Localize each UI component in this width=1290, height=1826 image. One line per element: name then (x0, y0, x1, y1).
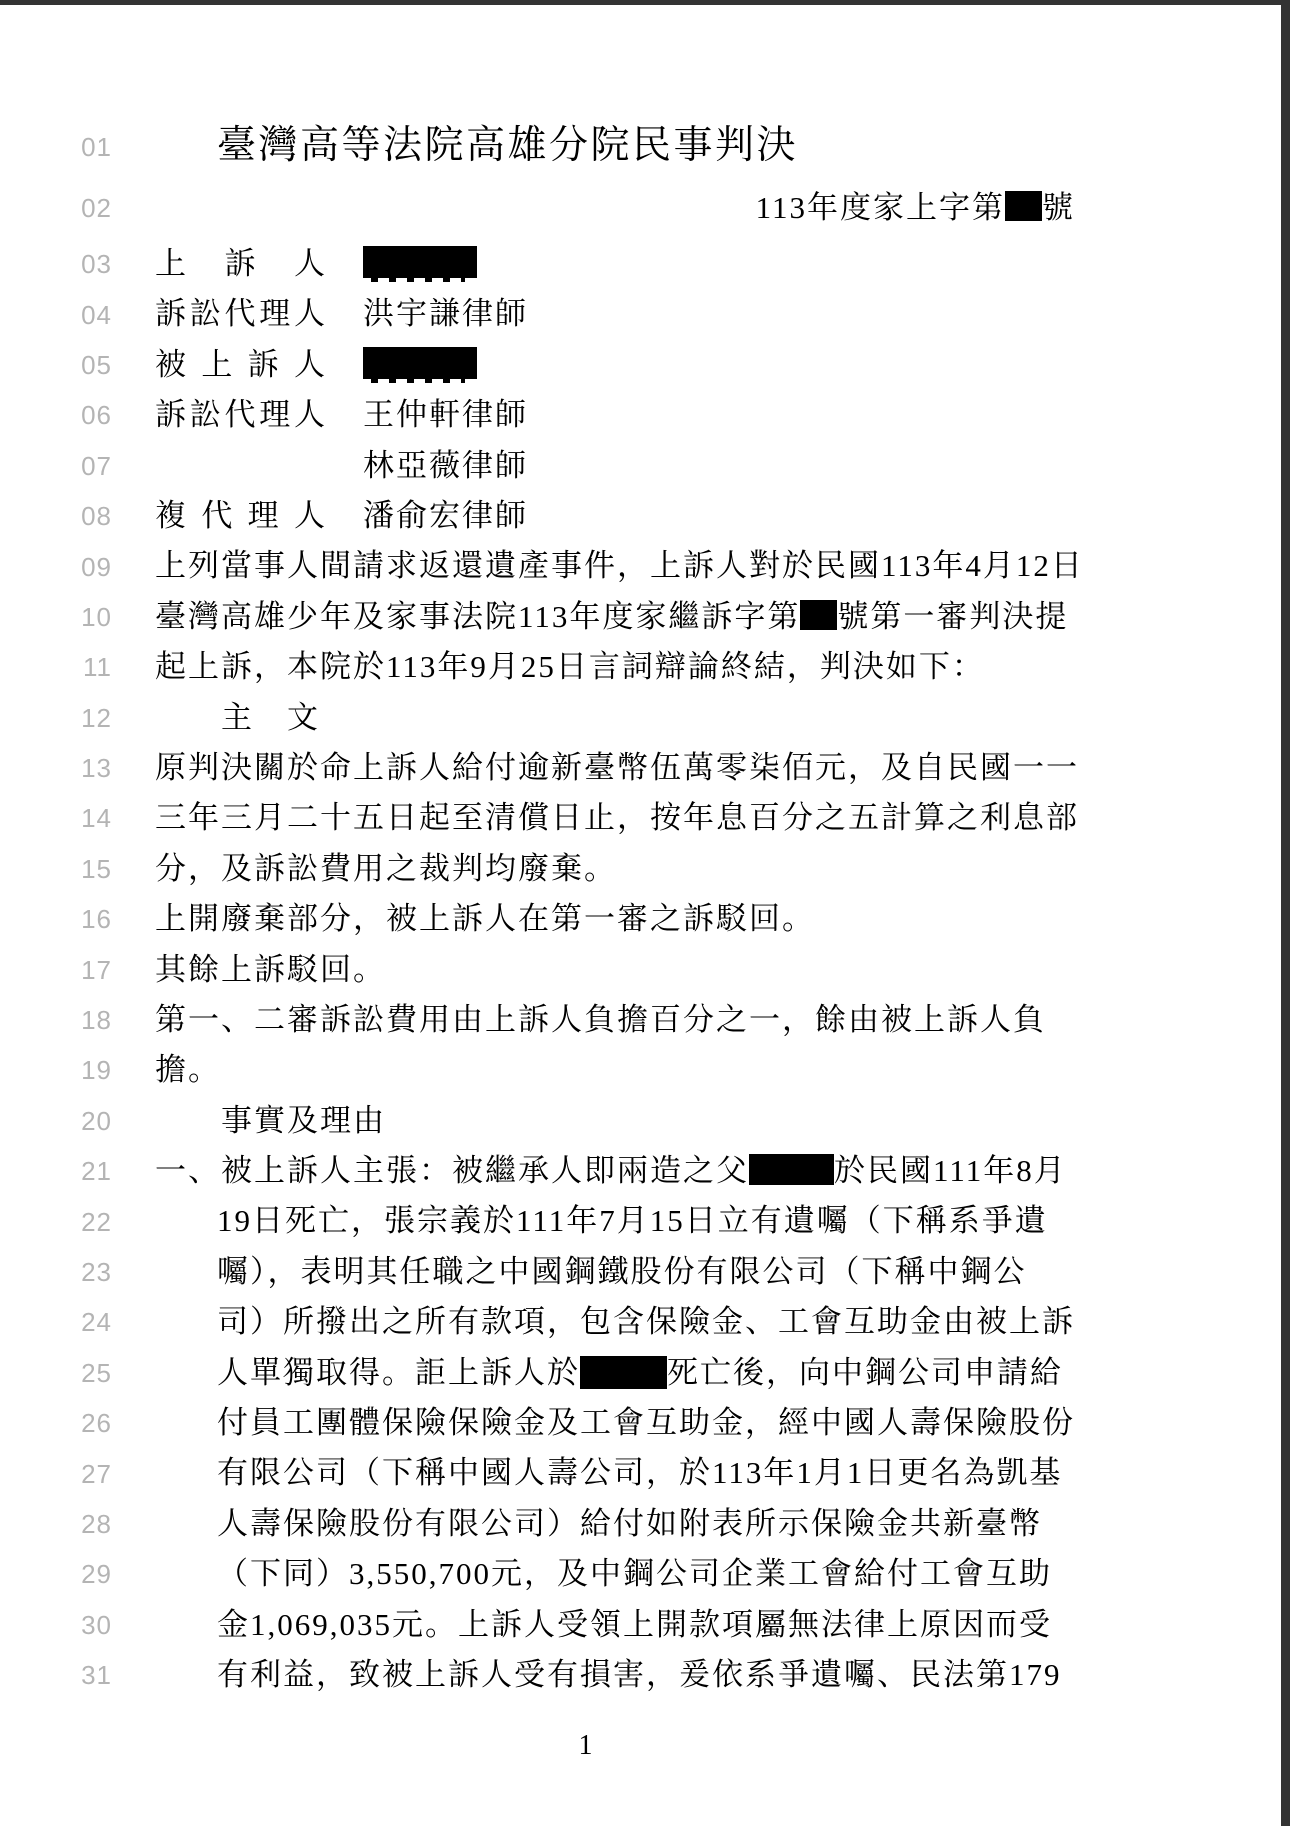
line-text: 囑），表明其任職之中國鋼鐵股份有限公司（下稱中鋼公 (155, 1252, 1137, 1292)
judgment-body: 01 臺灣高等法院高雄分院民事判決 02 113年度家上字第號 03 上訴人 0… (0, 0, 1290, 1700)
doc-line-26: 26 付員工團體保險保險金及工會互助金，經中國人壽保險股份 (0, 1398, 1290, 1448)
line-number: 26 (70, 1410, 112, 1436)
judgment-document-page: 01 臺灣高等法院高雄分院民事判決 02 113年度家上字第號 03 上訴人 0… (0, 0, 1290, 1826)
line-number: 06 (70, 402, 112, 428)
party-label: 訴訟代理人 (155, 294, 327, 334)
doc-line-21: 21 一、被上訴人主張：被繼承人即兩造之父於民國111年8月 (0, 1146, 1290, 1196)
doc-line-03: 03 上訴人 (0, 239, 1290, 289)
redaction-box (749, 1154, 834, 1185)
line-number: 28 (70, 1511, 112, 1537)
party-value: 洪宇謙律師 (363, 296, 528, 331)
line-text: 第一、二審訴訟費用由上訴人負擔百分之一，餘由被上訴人負 (155, 1000, 1075, 1040)
doc-line-27: 27 有限公司（下稱中國人壽公司，於113年1月1日更名為凱基 (0, 1448, 1290, 1498)
line-text: 擔。 (155, 1050, 1075, 1090)
doc-line-01: 01 臺灣高等法院高雄分院民事判決 (0, 116, 1290, 177)
line-text: 19日死亡，張宗義於111年7月15日立有遺囑（下稱系爭遺 (155, 1201, 1137, 1241)
line-text: （下同）3,550,700元，及中鋼公司企業工會給付工會互助 (155, 1554, 1137, 1594)
doc-line-06: 06 訴訟代理人王仲軒律師 (0, 390, 1290, 440)
party-label: 訴訟代理人 (155, 395, 327, 435)
scan-edge-top (0, 0, 1290, 5)
line-number: 31 (70, 1662, 112, 1688)
redaction-box (800, 600, 837, 630)
doc-line-25: 25 人單獨取得。詎上訴人於死亡後，向中鋼公司申請給 (0, 1348, 1290, 1398)
line-number: 13 (70, 755, 112, 781)
line-number: 14 (70, 805, 112, 831)
doc-line-15: 15 分，及訴訟費用之裁判均廢棄。 (0, 844, 1290, 894)
doc-line-05: 05 被上訴人 (0, 340, 1290, 390)
party-attorney: 林亞薇律師 (155, 446, 1075, 486)
doc-line-19: 19 擔。 (0, 1045, 1290, 1095)
doc-line-23: 23 囑），表明其任職之中國鋼鐵股份有限公司（下稱中鋼公 (0, 1247, 1290, 1297)
line-text: 人單獨取得。詎上訴人於死亡後，向中鋼公司申請給 (155, 1353, 1137, 1393)
line-number: 27 (70, 1461, 112, 1487)
line-number: 24 (70, 1309, 112, 1335)
line-number: 10 (70, 604, 112, 630)
line-text: 一、被上訴人主張：被繼承人即兩造之父於民國111年8月 (155, 1151, 1075, 1191)
page-number: 1 (579, 1730, 594, 1761)
doc-line-28: 28 人壽保險股份有限公司）給付如附表所示保險金共新臺幣 (0, 1499, 1290, 1549)
line-text: 有限公司（下稱中國人壽公司，於113年1月1日更名為凱基 (155, 1453, 1137, 1493)
line-text: 人壽保險股份有限公司）給付如附表所示保險金共新臺幣 (155, 1504, 1137, 1544)
doc-line-04: 04 訴訟代理人洪宇謙律師 (0, 289, 1290, 339)
line-number: 03 (70, 251, 112, 277)
case-number-post: 號 (1042, 190, 1075, 225)
line-text: 金1,069,035元。上訴人受領上開款項屬無法律上原因而受 (155, 1605, 1137, 1645)
line-text: 其餘上訴駁回。 (155, 950, 1075, 990)
party-sub-attorney: 複代理人潘俞宏律師 (155, 496, 1075, 536)
redaction-box (363, 246, 477, 278)
party-value: 潘俞宏律師 (363, 498, 528, 533)
party-attorney: 訴訟代理人王仲軒律師 (155, 395, 1075, 435)
line-text: 付員工團體保險保險金及工會互助金，經中國人壽保險股份 (155, 1403, 1137, 1443)
line-number: 02 (70, 195, 112, 221)
redaction-box (1005, 191, 1042, 221)
party-label: 上訴人 (155, 244, 327, 284)
doc-line-30: 30 金1,069,035元。上訴人受領上開款項屬無法律上原因而受 (0, 1600, 1290, 1650)
line-text: 分，及訴訟費用之裁判均廢棄。 (155, 849, 1075, 889)
doc-line-29: 29 （下同）3,550,700元，及中鋼公司企業工會給付工會互助 (0, 1549, 1290, 1599)
doc-line-07: 07 林亞薇律師 (0, 441, 1290, 491)
line-number: 29 (70, 1561, 112, 1587)
line-text: 上列當事人間請求返還遺產事件，上訴人對於民國113年4月12日 (155, 546, 1075, 586)
line-number: 15 (70, 856, 112, 882)
line-number: 16 (70, 906, 112, 932)
doc-line-20: 20 事實及理由 (0, 1096, 1290, 1146)
case-number-pre: 113年度家上字第 (756, 190, 1005, 225)
party-label: 複代理人 (155, 496, 327, 536)
line-number: 25 (70, 1360, 112, 1386)
doc-line-13: 13 原判決關於命上訴人給付逾新臺幣伍萬零柒佰元，及自民國一一 (0, 743, 1290, 793)
line-text: 上開廢棄部分，被上訴人在第一審之訴駁回。 (155, 899, 1075, 939)
line-number: 20 (70, 1108, 112, 1134)
doc-line-31: 31 有利益，致被上訴人受有損害，爰依系爭遺囑、民法第179 (0, 1650, 1290, 1700)
line-number: 07 (70, 453, 112, 479)
line-number: 08 (70, 503, 112, 529)
doc-line-18: 18 第一、二審訴訟費用由上訴人負擔百分之一，餘由被上訴人負 (0, 995, 1290, 1045)
line-text: 三年三月二十五日起至清償日止，按年息百分之五計算之利息部 (155, 798, 1075, 838)
doc-line-02: 02 113年度家上字第號 (0, 177, 1290, 239)
page-footer: 1 (155, 1730, 1017, 1762)
section-heading-main-text: 主 文 (155, 698, 1141, 738)
doc-line-11: 11 起上訴，本院於113年9月25日言詞辯論終結，判決如下： (0, 642, 1290, 692)
doc-line-12: 12 主 文 (0, 693, 1290, 743)
line-number: 09 (70, 554, 112, 580)
line-number: 12 (70, 705, 112, 731)
line-number: 05 (70, 352, 112, 378)
line-number: 22 (70, 1209, 112, 1235)
doc-line-24: 24 司）所撥出之所有款項，包含保險金、工會互助金由被上訴 (0, 1297, 1290, 1347)
line-number: 04 (70, 302, 112, 328)
line-number: 18 (70, 1007, 112, 1033)
line-text: 有利益，致被上訴人受有損害，爰依系爭遺囑、民法第179 (155, 1655, 1137, 1695)
line-text: 司）所撥出之所有款項，包含保險金、工會互助金由被上訴 (155, 1302, 1137, 1342)
doc-line-09: 09 上列當事人間請求返還遺產事件，上訴人對於民國113年4月12日 (0, 541, 1290, 591)
section-heading-facts-reasons: 事實及理由 (155, 1101, 1141, 1141)
case-number: 113年度家上字第號 (155, 188, 1075, 228)
line-number: 11 (70, 654, 112, 680)
party-appellant: 上訴人 (155, 244, 1075, 284)
line-number: 23 (70, 1259, 112, 1285)
doc-line-14: 14 三年三月二十五日起至清償日止，按年息百分之五計算之利息部 (0, 793, 1290, 843)
doc-line-10: 10 臺灣高雄少年及家事法院113年度家繼訴字第號第一審判決提 (0, 592, 1290, 642)
party-value: 王仲軒律師 (363, 397, 528, 432)
doc-line-16: 16 上開廢棄部分，被上訴人在第一審之訴駁回。 (0, 894, 1290, 944)
line-text: 臺灣高雄少年及家事法院113年度家繼訴字第號第一審判決提 (155, 597, 1075, 637)
line-number: 30 (70, 1612, 112, 1638)
redaction-box (580, 1356, 667, 1389)
line-text: 起上訴，本院於113年9月25日言詞辯論終結，判決如下： (155, 647, 1075, 687)
doc-line-22: 22 19日死亡，張宗義於111年7月15日立有遺囑（下稱系爭遺 (0, 1196, 1290, 1246)
redaction-box (363, 347, 477, 379)
party-attorney: 訴訟代理人洪宇謙律師 (155, 294, 1075, 334)
line-number: 21 (70, 1158, 112, 1184)
line-text: 原判決關於命上訴人給付逾新臺幣伍萬零柒佰元，及自民國一一 (155, 748, 1075, 788)
line-number: 19 (70, 1057, 112, 1083)
judgment-title: 臺灣高等法院高雄分院民事判決 (155, 121, 1137, 172)
doc-line-08: 08 複代理人潘俞宏律師 (0, 491, 1290, 541)
party-appellee: 被上訴人 (155, 345, 1075, 385)
party-value: 林亞薇律師 (363, 448, 528, 483)
doc-line-17: 17 其餘上訴駁回。 (0, 944, 1290, 994)
line-number: 17 (70, 957, 112, 983)
party-label: 被上訴人 (155, 345, 327, 385)
line-number: 01 (70, 134, 112, 160)
